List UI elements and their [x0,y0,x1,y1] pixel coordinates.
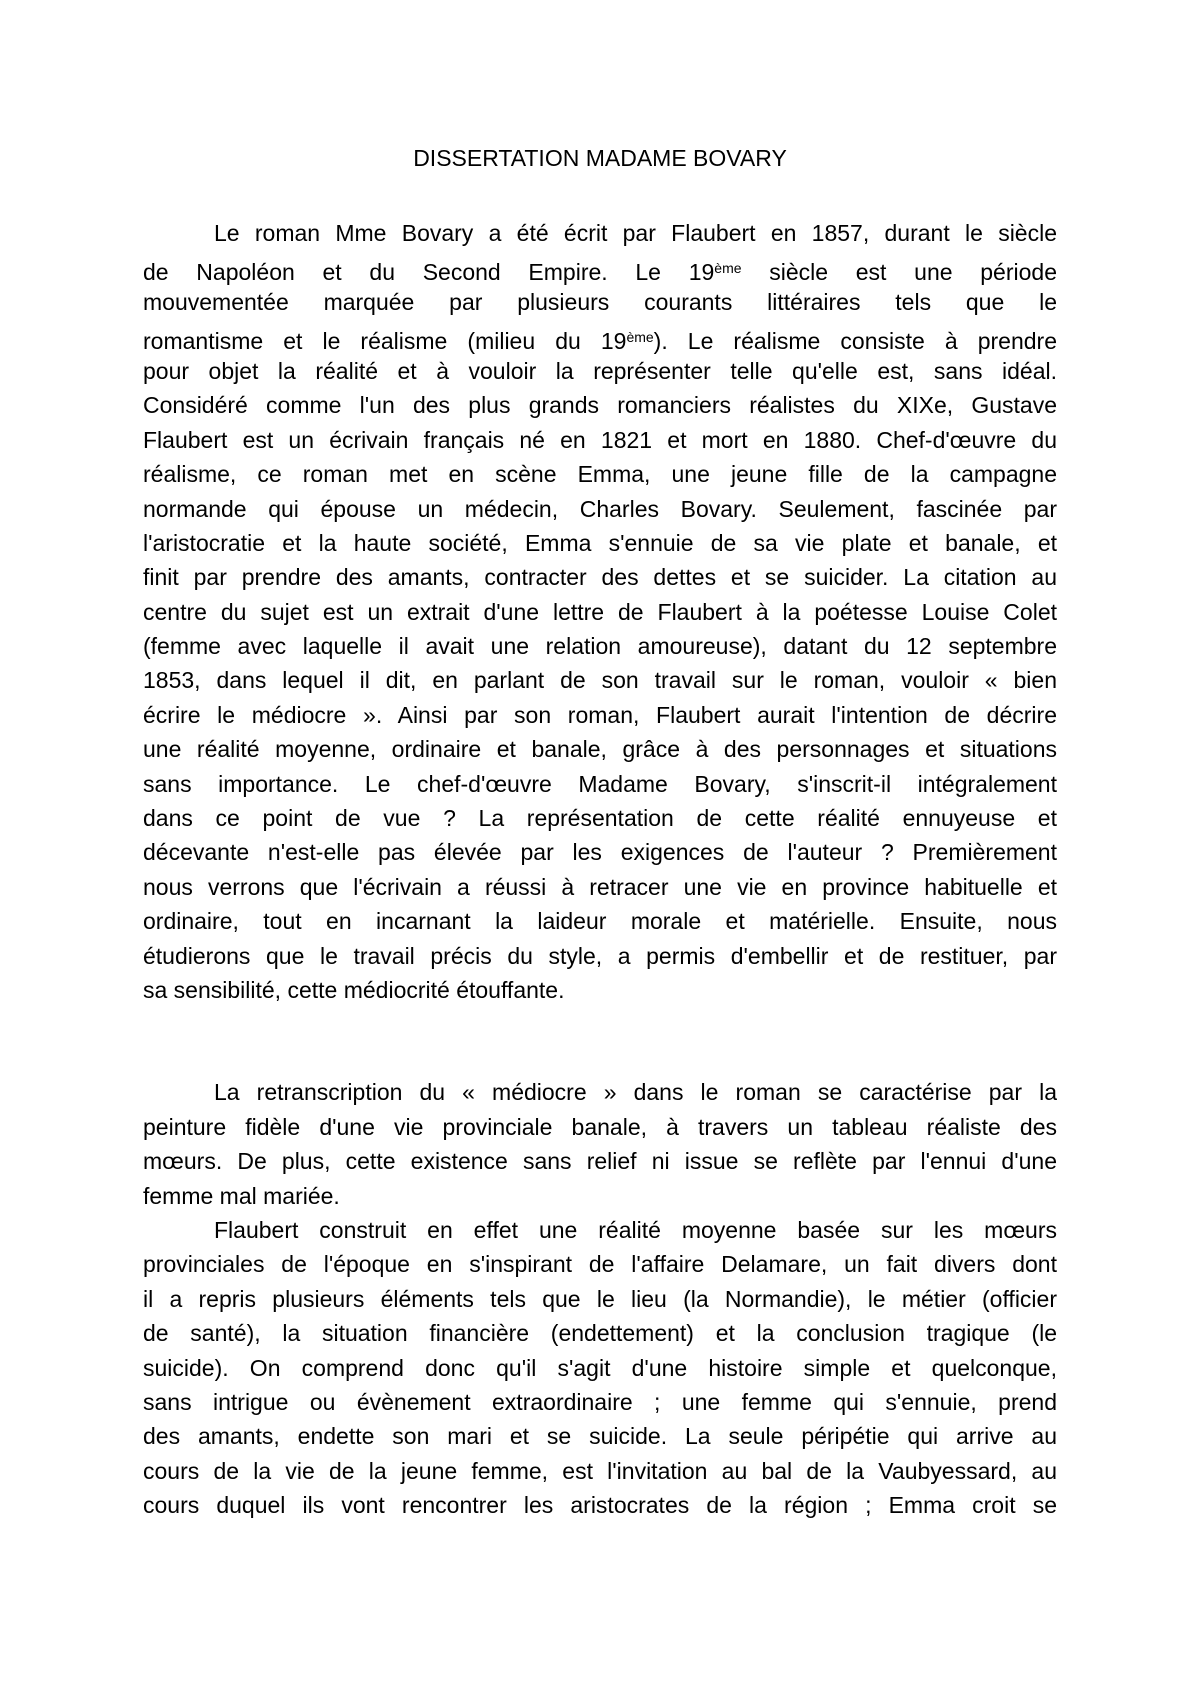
page-title: DISSERTATION MADAME BOVARY [143,141,1057,175]
text-line: l'aristocratie et la haute société, Emma… [143,526,1057,560]
text-line: pour objet la réalité et à vouloir la re… [143,354,1057,388]
superscript-text: ème [626,329,653,345]
text-line: 1853, dans lequel il dit, en parlant de … [143,663,1057,697]
text-line: Flaubert construit en effet une réalité … [143,1213,1057,1247]
text-line: dans ce point de vue ? La représentation… [143,801,1057,835]
text-line: peinture fidèle d'une vie provinciale ba… [143,1110,1057,1144]
text-line: sans intrigue ou évènement extraordinair… [143,1385,1057,1419]
text-segment: dans ce point de vue ? La représentation… [143,805,1057,831]
text-line: suicide). On comprend donc qu'il s'agit … [143,1351,1057,1385]
text-segment: pour objet la réalité et à vouloir la re… [143,358,1057,384]
text-segment: romantisme et le réalisme (milieu du 19 [143,328,626,354]
text-line: écrire le médiocre ». Ainsi par son roma… [143,698,1057,732]
text-segment: écrire le médiocre ». Ainsi par son roma… [143,702,1057,728]
text-line: une réalité moyenne, ordinaire et banale… [143,732,1057,766]
text-line: Flaubert est un écrivain français né en … [143,423,1057,457]
text-line: il a repris plusieurs éléments tels que … [143,1282,1057,1316]
text-line: Le roman Mme Bovary a été écrit par Flau… [143,216,1057,250]
text-segment: une réalité moyenne, ordinaire et banale… [143,736,1057,762]
text-segment: ). Le réalisme consiste à prendre [654,328,1057,354]
text-line: de santé), la situation financière (ende… [143,1316,1057,1350]
text-line: La retranscription du « médiocre » dans … [143,1075,1057,1109]
paragraph: Le roman Mme Bovary a été écrit par Flau… [143,216,1057,1007]
text-line: sa sensibilité, cette médiocrité étouffa… [143,973,1057,1007]
text-segment: peinture fidèle d'une vie provinciale ba… [143,1114,1057,1140]
text-line: Considéré comme l'un des plus grands rom… [143,388,1057,422]
text-segment: de Napoléon et du Second Empire. Le 19 [143,259,714,285]
text-line: réalisme, ce roman met en scène Emma, un… [143,457,1057,491]
text-segment: femme mal mariée. [143,1183,340,1209]
text-segment: décevante n'est-elle pas élevée par les … [143,839,1057,865]
text-line: décevante n'est-elle pas élevée par les … [143,835,1057,869]
text-segment: finit par prendre des amants, contracter… [143,564,1057,590]
text-segment: Considéré comme l'un des plus grands rom… [143,392,1057,418]
text-line: finit par prendre des amants, contracter… [143,560,1057,594]
text-segment: normande qui épouse un médecin, Charles … [143,496,1057,522]
text-segment: sa sensibilité, cette médiocrité étouffa… [143,977,564,1003]
text-line: des amants, endette son mari et se suici… [143,1419,1057,1453]
text-segment: 1853, dans lequel il dit, en parlant de … [143,667,1057,693]
text-segment: siècle est une période [742,259,1057,285]
text-line: de Napoléon et du Second Empire. Le 19èm… [143,251,1057,285]
text-line: sans importance. Le chef-d'œuvre Madame … [143,767,1057,801]
text-segment: sans importance. Le chef-d'œuvre Madame … [143,771,1057,797]
text-segment: mœurs. De plus, cette existence sans rel… [143,1148,1057,1174]
text-line: nous verrons que l'écrivain a réussi à r… [143,870,1057,904]
text-line: étudierons que le travail précis du styl… [143,939,1057,973]
text-segment: de santé), la situation financière (ende… [143,1320,1057,1346]
document-content: DISSERTATION MADAME BOVARY Le roman Mme … [143,141,1057,1522]
text-segment: il a repris plusieurs éléments tels que … [143,1286,1057,1312]
text-segment: réalisme, ce roman met en scène Emma, un… [143,461,1057,487]
text-line: centre du sujet est un extrait d'une let… [143,595,1057,629]
text-segment: cours de la vie de la jeune femme, est l… [143,1458,1057,1484]
paragraph: Flaubert construit en effet une réalité … [143,1213,1057,1523]
text-line: cours de la vie de la jeune femme, est l… [143,1454,1057,1488]
superscript-text: ème [714,260,741,276]
text-line: mœurs. De plus, cette existence sans rel… [143,1144,1057,1178]
text-line: (femme avec laquelle il avait une relati… [143,629,1057,663]
text-segment: ordinaire, tout en incarnant la laideur … [143,908,1057,934]
text-segment: La retranscription du « médiocre » dans … [214,1079,1057,1105]
text-line: normande qui épouse un médecin, Charles … [143,492,1057,526]
text-line: ordinaire, tout en incarnant la laideur … [143,904,1057,938]
text-segment: Le roman Mme Bovary a été écrit par Flau… [214,220,1057,246]
text-segment: des amants, endette son mari et se suici… [143,1423,1057,1449]
text-segment: Flaubert construit en effet une réalité … [214,1217,1057,1243]
document-page: DISSERTATION MADAME BOVARY Le roman Mme … [0,0,1200,1696]
paragraphs-container: Le roman Mme Bovary a été écrit par Flau… [143,216,1057,1522]
text-segment: sans intrigue ou évènement extraordinair… [143,1389,1057,1415]
text-segment: cours duquel ils vont rencontrer les ari… [143,1492,1057,1518]
text-segment: nous verrons que l'écrivain a réussi à r… [143,874,1057,900]
text-line: cours duquel ils vont rencontrer les ari… [143,1488,1057,1522]
text-segment: suicide). On comprend donc qu'il s'agit … [143,1355,1057,1381]
paragraph: La retranscription du « médiocre » dans … [143,1075,1057,1213]
text-segment: l'aristocratie et la haute société, Emma… [143,530,1057,556]
text-segment: étudierons que le travail précis du styl… [143,943,1057,969]
text-segment: (femme avec laquelle il avait une relati… [143,633,1057,659]
text-segment: provinciales de l'époque en s'inspirant … [143,1251,1057,1277]
text-segment: mouvementée marquée par plusieurs couran… [143,289,1057,315]
text-segment: centre du sujet est un extrait d'une let… [143,599,1057,625]
text-line: femme mal mariée. [143,1179,1057,1213]
text-line: provinciales de l'époque en s'inspirant … [143,1247,1057,1281]
text-line: romantisme et le réalisme (milieu du 19è… [143,320,1057,354]
text-segment: Flaubert est un écrivain français né en … [143,427,1057,453]
text-line: mouvementée marquée par plusieurs couran… [143,285,1057,319]
